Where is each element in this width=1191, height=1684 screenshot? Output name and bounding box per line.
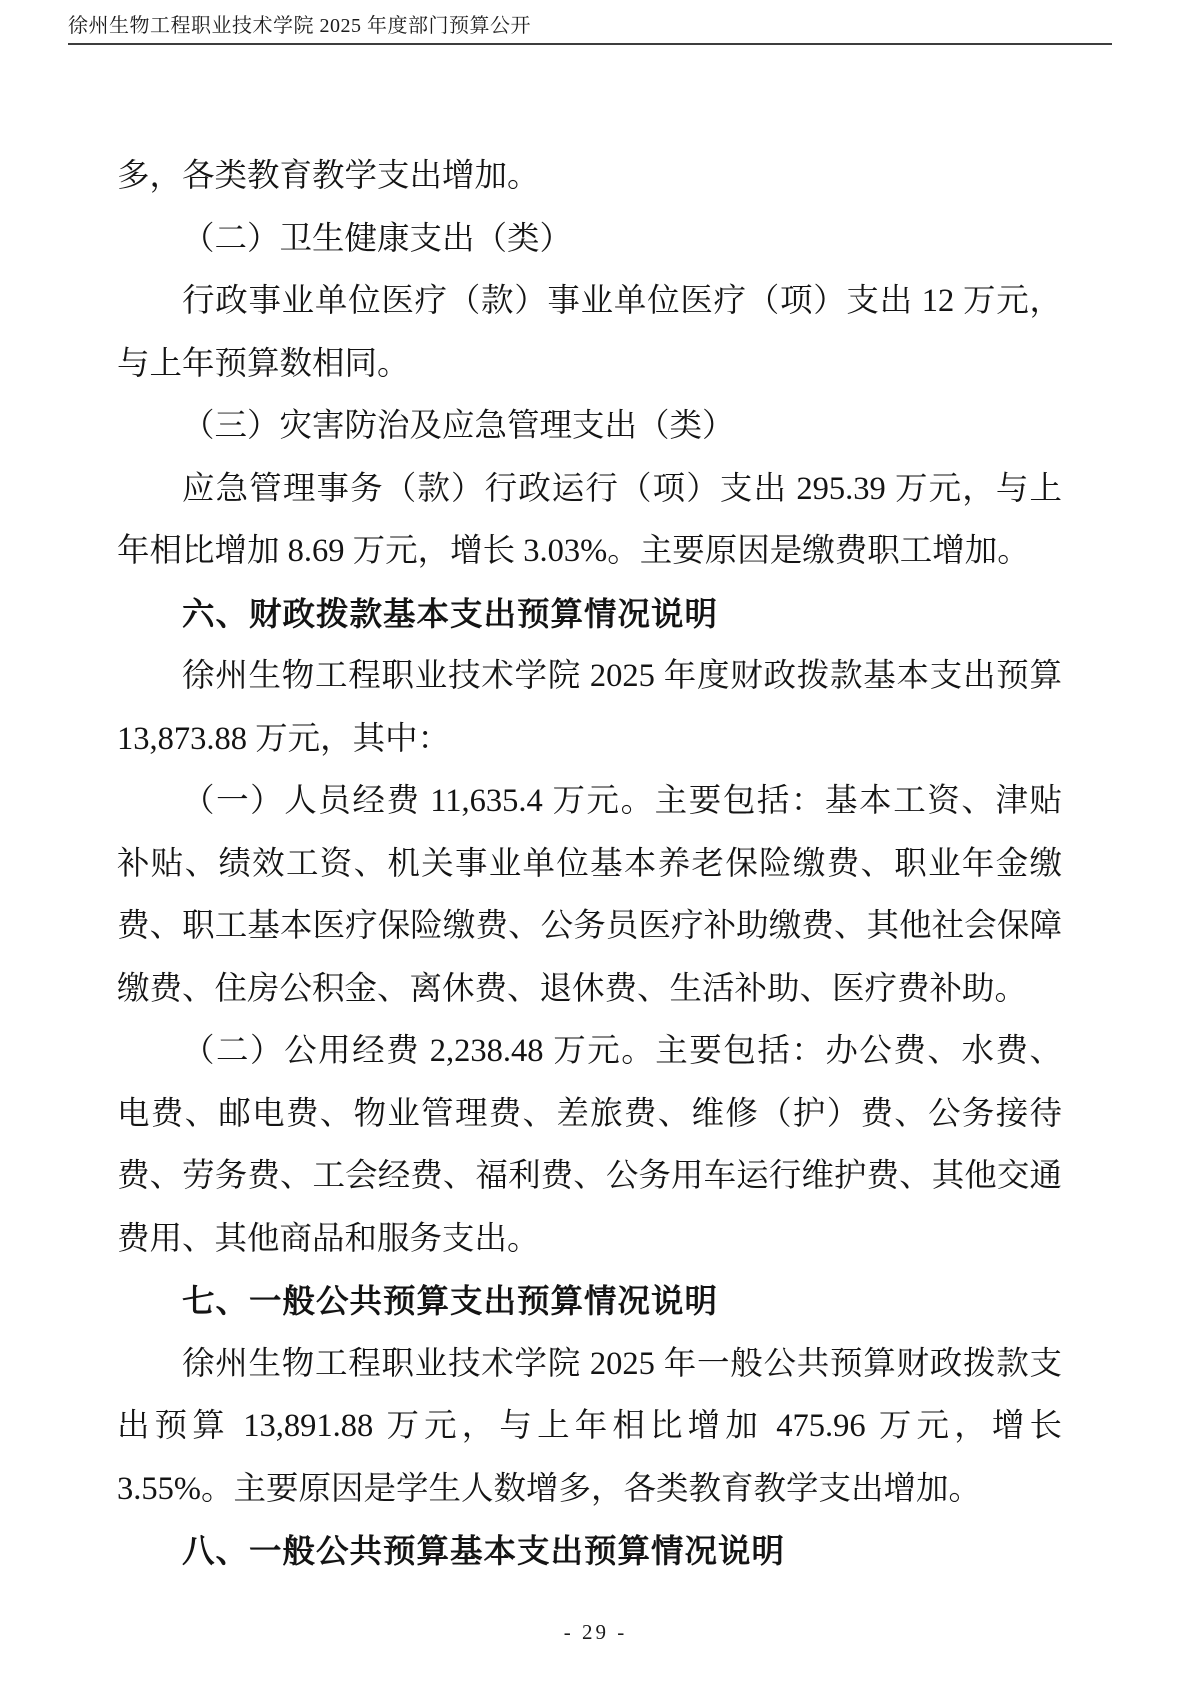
text-line: （二）公用经费 2,238.48 万元。主要包括：办公费、水费、: [117, 1020, 1062, 1083]
text-line: （一）人员经费 11,635.4 万元。主要包括：基本工资、津贴: [117, 770, 1062, 833]
text-line: 补贴、绩效工资、机关事业单位基本养老保险缴费、职业年金缴: [117, 833, 1062, 896]
text-line: 应急管理事务（款）行政运行（项）支出 295.39 万元，与上: [117, 458, 1062, 521]
text-line: 行政事业单位医疗（款）事业单位医疗（项）支出 12 万元，: [117, 270, 1062, 333]
text-line: 徐州生物工程职业技术学院 2025 年度财政拨款基本支出预算: [117, 645, 1062, 708]
text-line: （二）卫生健康支出（类）: [117, 208, 1062, 271]
section-heading: 八、一般公共预算基本支出预算情况说明: [117, 1520, 1062, 1583]
text-line: 多，各类教育教学支出增加。: [117, 145, 1062, 208]
text-line: （三）灾害防治及应急管理支出（类）: [117, 395, 1062, 458]
text-line: 费、职工基本医疗保险缴费、公务员医疗补助缴费、其他社会保障: [117, 895, 1062, 958]
page-number: - 29 -: [0, 1620, 1191, 1645]
page-header-title: 徐州生物工程职业技术学院 2025 年度部门预算公开: [68, 13, 531, 39]
text-line: 徐州生物工程职业技术学院 2025 年一般公共预算财政拨款支: [117, 1333, 1062, 1396]
section-heading: 六、财政拨款基本支出预算情况说明: [117, 583, 1062, 646]
text-line: 年相比增加 8.69 万元，增长 3.03%。主要原因是缴费职工增加。: [117, 520, 1062, 583]
text-line: 13,873.88 万元，其中：: [117, 708, 1062, 771]
text-line: 与上年预算数相同。: [117, 333, 1062, 396]
text-line: 出预算 13,891.88 万元，与上年相比增加 475.96 万元，增长: [117, 1395, 1062, 1458]
text-line: 电费、邮电费、物业管理费、差旅费、维修（护）费、公务接待: [117, 1083, 1062, 1146]
text-line: 费用、其他商品和服务支出。: [117, 1208, 1062, 1271]
text-line: 费、劳务费、工会经费、福利费、公务用车运行维护费、其他交通: [117, 1145, 1062, 1208]
document-page: 徐州生物工程职业技术学院 2025 年度部门预算公开 多，各类教育教学支出增加。…: [0, 0, 1191, 1684]
text-line: 3.55%。主要原因是学生人数增多，各类教育教学支出增加。: [117, 1458, 1062, 1521]
document-body: 多，各类教育教学支出增加。（二）卫生健康支出（类）行政事业单位医疗（款）事业单位…: [117, 145, 1062, 1583]
section-heading: 七、一般公共预算支出预算情况说明: [117, 1270, 1062, 1333]
text-line: 缴费、住房公积金、离休费、退休费、生活补助、医疗费补助。: [117, 958, 1062, 1021]
header-rule: [68, 43, 1112, 45]
